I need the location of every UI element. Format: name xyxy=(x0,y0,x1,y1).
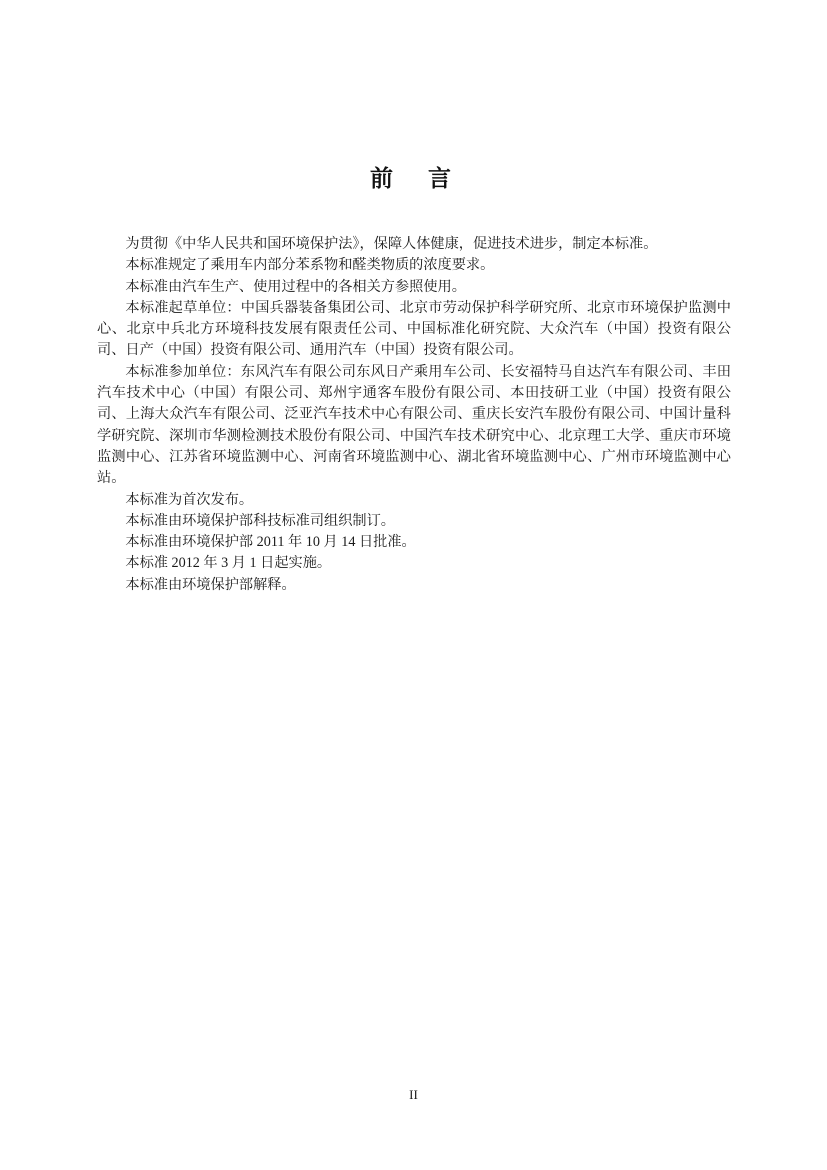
paragraph-interpretation: 本标准由环境保护部解释。 xyxy=(97,575,731,596)
page-title: 前 言 xyxy=(0,160,827,193)
document-body: 为贯彻《中华人民共和国环境保护法》，保障人体健康，促进技术进步，制定本标准。 本… xyxy=(97,234,731,596)
page-number: II xyxy=(0,1087,827,1103)
document-page: 前 言 为贯彻《中华人民共和国环境保护法》，保障人体健康，促进技术进步，制定本标… xyxy=(0,0,827,1170)
paragraph-first-release: 本标准为首次发布。 xyxy=(97,490,731,511)
paragraph-organizer: 本标准由环境保护部科技标准司组织制订。 xyxy=(97,511,731,532)
paragraph-approval-date: 本标准由环境保护部 2011 年 10 月 14 日批准。 xyxy=(97,532,731,553)
paragraph-implementation-date: 本标准 2012 年 3 月 1 日起实施。 xyxy=(97,553,731,574)
paragraph-drafting-organizations: 本标准起草单位：中国兵器装备集团公司、北京市劳动保护科学研究所、北京市环境保护监… xyxy=(97,298,731,362)
paragraph-scope: 本标准规定了乘用车内部分苯系物和醛类物质的浓度要求。 xyxy=(97,255,731,276)
paragraph-applicability: 本标准由汽车生产、使用过程中的各相关方参照使用。 xyxy=(97,277,731,298)
paragraph-participating-organizations: 本标准参加单位：东风汽车有限公司东风日产乘用车公司、长安福特马自达汽车有限公司、… xyxy=(97,362,731,490)
paragraph-purpose: 为贯彻《中华人民共和国环境保护法》，保障人体健康，促进技术进步，制定本标准。 xyxy=(97,234,731,255)
